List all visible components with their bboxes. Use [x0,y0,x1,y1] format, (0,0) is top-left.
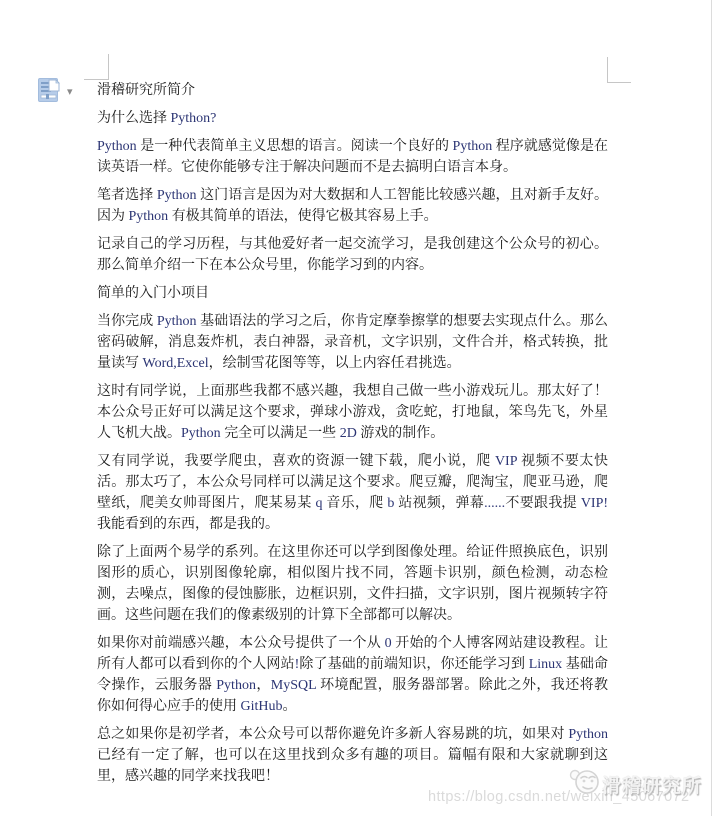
latin-text: Word,Excel [143,356,209,371]
latin-text: VIP [495,454,517,469]
doc-title-0: 滑稽研究所简介 [97,80,608,101]
latin-text: q [316,496,323,511]
latin-text: Python [157,188,197,203]
doc-heading-5: 简单的入门小项目 [97,283,608,304]
latin-text: GitHub [241,699,283,714]
latin-text: Python [181,426,221,441]
word-document-page: ▾ 滑稽研究所简介为什么选择 Python?Python 是一种代表简单主义思想… [0,0,714,816]
doc-paragraph-10: 如果你对前端感兴趣，本公众号提供了一个从 0 开始的个人博客网站建设教程。让所有… [97,633,608,717]
doc-paragraph-3: 笔者选择 Python 这门语言是因为对大数据和人工智能比较感兴趣，且对新手友好… [97,185,608,227]
latin-text: Python [453,139,493,154]
latin-text: Python [157,314,197,329]
doc-paragraph-2: Python 是一种代表简单主义思想的语言。阅读一个良好的 Python 程序就… [97,136,608,178]
document-body[interactable]: 滑稽研究所简介为什么选择 Python?Python 是一种代表简单主义思想的语… [97,80,608,794]
latin-text: Python [568,727,608,742]
doc-paragraph-4: 记录自己的学习历程，与其他爱好者一起交流学习，是我创建这个公众号的初心。那么简单… [97,234,608,276]
latin-text: Python? [171,111,217,126]
latin-text: VIP! [581,496,608,511]
page-right-edge [711,0,712,816]
latin-text: b [387,496,394,511]
latin-text: Linux [529,657,562,672]
latin-text: 2D [340,426,357,441]
doc-heading-1: 为什么选择 Python? [97,108,608,129]
doc-paragraph-7: 这时有同学说，上面那些我都不感兴趣，我想自己做一些小游戏玩儿。那太好了！本公众号… [97,381,608,444]
doc-paragraph-8: 又有同学说，我要学爬虫，喜欢的资源一键下载，爬小说，爬 VIP 视频不要太快活。… [97,451,608,535]
latin-text: Python [129,209,169,224]
latin-text: ...... [484,496,505,511]
doc-paragraph-11: 总之如果你是初学者，本公众号可以帮你避免许多新人容易跳的坑，如果对 Python… [97,724,608,787]
latin-text: Python [216,678,256,693]
latin-text: MySQL [271,678,316,693]
latin-text: 0 [385,636,392,651]
latin-text: Python [97,139,137,154]
paste-options-widget[interactable]: ▾ [38,78,73,104]
doc-paragraph-9: 除了上面两个易学的系列。在这里你还可以学到图像处理。给证件照换底色，识别图形的质… [97,542,608,626]
paste-options-icon[interactable] [38,78,60,104]
chevron-down-icon[interactable]: ▾ [67,86,73,97]
watermark-brand: 滑稽研究所 [602,771,702,798]
latin-text: ! [295,657,300,672]
doc-paragraph-6: 当你完成 Python 基础语法的学习之后，你肯定摩拳擦掌的想要去实现点什么。那… [97,311,608,374]
